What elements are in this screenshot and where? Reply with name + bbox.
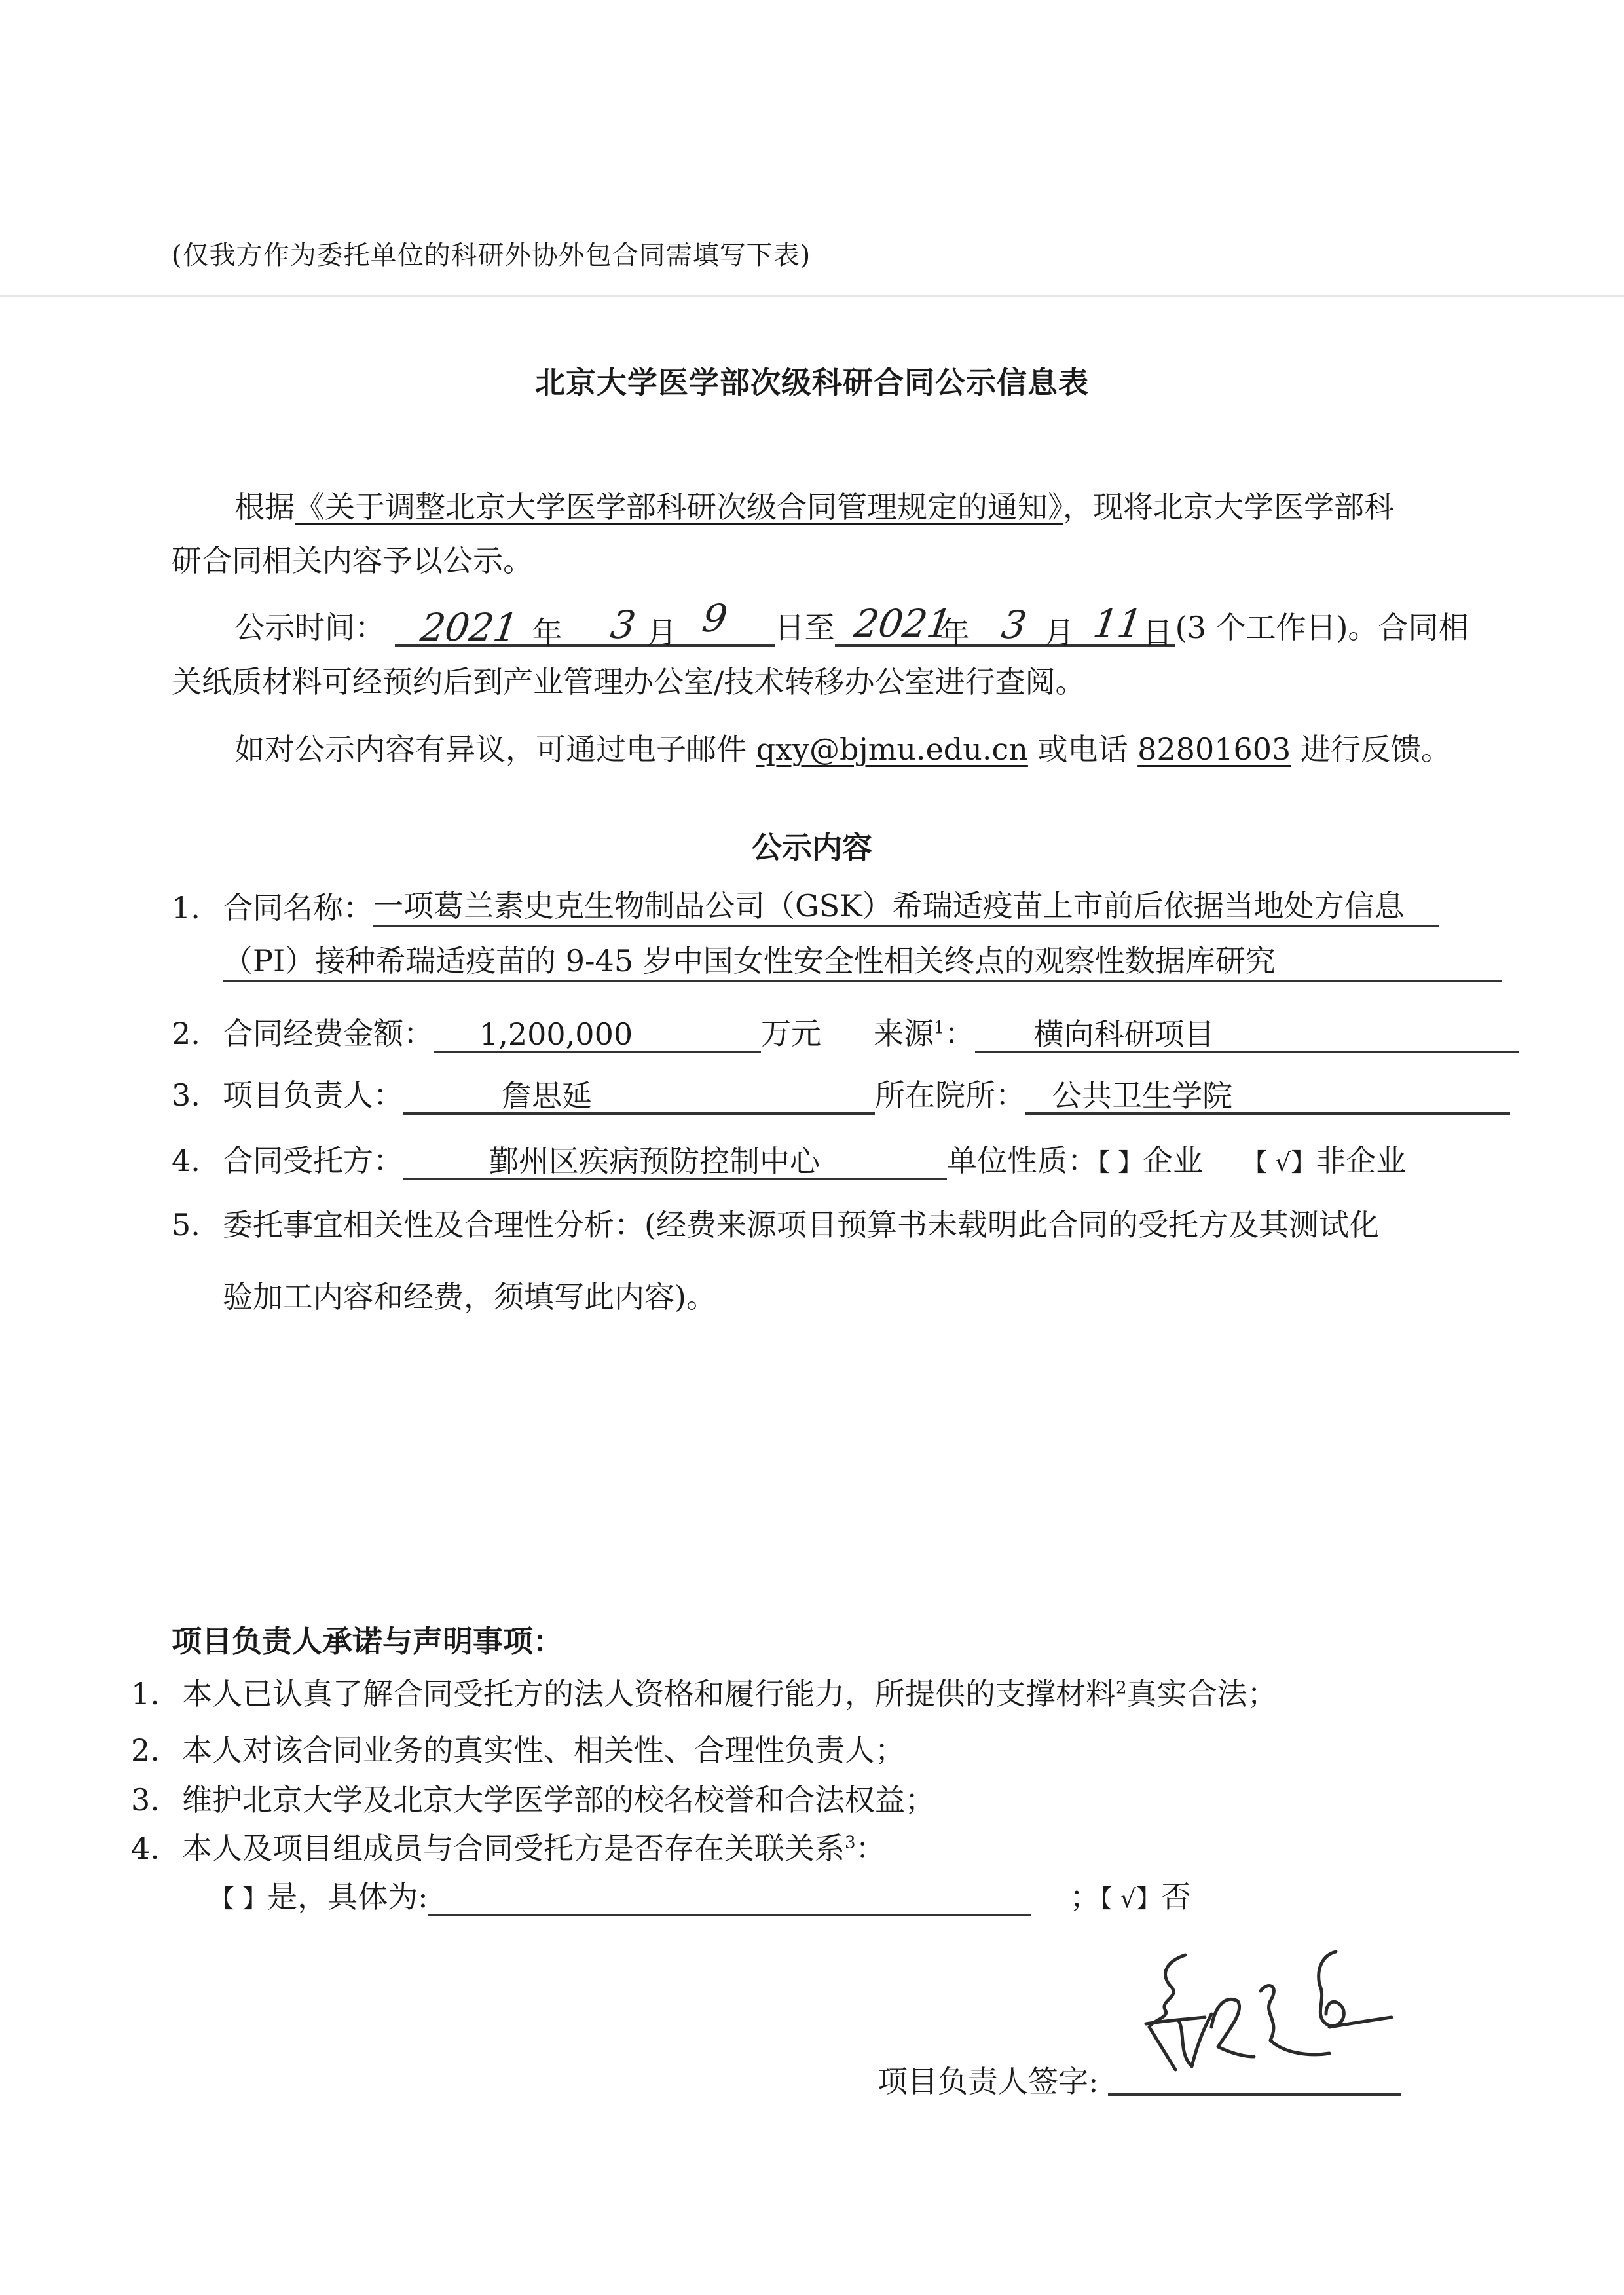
contact-line: 如对公示内容有异议，可通过电子邮件 qxy@bjmu.edu.cn 或电话 82… (234, 726, 1451, 769)
item-number: 1. (131, 1676, 182, 1711)
start-day: 9 (699, 596, 729, 641)
scan-divider (0, 295, 1624, 297)
month-label: 月 (647, 609, 677, 652)
analysis-text-2: 验加工内容和经费，须填写此内容)。 (223, 1273, 716, 1316)
relation-yes-label: 是，具体为: (267, 1879, 428, 1914)
period-start-field[interactable]: 2021 年 3 月 9 (395, 608, 775, 647)
regulation-link[interactable]: 《关于调整北京大学医学部科研次级合同管理规定的通知》 (295, 489, 1063, 525)
commitment-3: 3.维护北京大学及北京大学医学部的校名校誉和合法权益； (131, 1776, 935, 1819)
amount-unit: 万元 (761, 1016, 821, 1051)
end-month-label: 月 (1044, 609, 1075, 652)
item-number: 1. (172, 890, 223, 925)
contact-prefix: 如对公示内容有异议，可通过电子邮件 (234, 732, 756, 767)
item-contract-name: 1.合同名称：一项葛兰素史克生物制品公司（GSK）希瑞适疫苗上市前后依据当地处方… (172, 884, 1439, 927)
item-number: 3. (172, 1077, 223, 1113)
commitment-text: 本人及项目组成员与合同受托方是否存在关联关系 (182, 1831, 845, 1866)
commitment-text: 本人已认真了解合同受托方的法人资格和履行能力，所提供的支撑材料 (182, 1676, 1116, 1711)
contact-email-link[interactable]: qxy@bjmu.edu.cn (756, 732, 1028, 767)
item-analysis: 5.委托事宜相关性及合理性分析：(经费来源项目预算书未载明此合同的受托方及其测试… (172, 1201, 1379, 1244)
footnote-3: 3 (845, 1833, 856, 1853)
relation-row: 【 】是，具体为:；【 √】否 (210, 1873, 1191, 1916)
footnote-1: 1 (934, 1018, 945, 1038)
end-year-label: 年 (940, 609, 970, 652)
handwritten-signature (1139, 1949, 1401, 2086)
item-pi: 3.项目负责人：詹思延所在院所：公共卫生学院 (172, 1072, 1510, 1115)
commitment-text: 本人对该合同业务的真实性、相关性、合理性负责人； (182, 1732, 905, 1768)
nature-label: 单位性质： (947, 1143, 1098, 1178)
source-label: 来源 (874, 1016, 934, 1051)
end-month: 3 (999, 603, 1029, 647)
enterprise-label: 企业 (1143, 1143, 1203, 1178)
period-line-1: 公示时间： 2021 年 3 月 9 日至 2021 年 3 月 11 日 (3… (234, 604, 1468, 647)
intro-line-2: 研合同相关内容予以公示。 (172, 537, 533, 580)
commitment-text: 维护北京大学及北京大学医学部的校名校誉和合法权益； (182, 1782, 935, 1818)
pi-field[interactable]: 詹思延 (403, 1077, 875, 1115)
relation-no-checkbox[interactable]: 【 √】 (1100, 1884, 1161, 1913)
end-day-label: 日 (1143, 609, 1173, 652)
item-number: 5. (172, 1207, 223, 1242)
relation-no-label: 否 (1161, 1879, 1191, 1914)
analysis-text-1: 委托事宜相关性及合理性分析：(经费来源项目预算书未载明此合同的受托方及其测试化 (223, 1207, 1379, 1242)
amount-label: 合同经费金额： (223, 1016, 434, 1051)
contract-name-field-2[interactable]: （PI）接种希瑞适疫苗的 9-45 岁中国女性安全性相关终点的观察性数据库研究 (223, 942, 1502, 982)
non-enterprise-checkbox[interactable]: 【 √】 (1242, 1148, 1316, 1177)
end-day: 11 (1090, 601, 1145, 646)
non-enterprise-label: 非企业 (1316, 1143, 1406, 1178)
page-title: 北京大学医学部次级科研合同公示信息表 (0, 359, 1624, 402)
commitment-4: 4.本人及项目组成员与合同受托方是否存在关联关系3： (131, 1825, 886, 1868)
item-number: 4. (131, 1831, 182, 1866)
end-year: 2021 (851, 601, 954, 646)
source-field[interactable]: 横向科研项目 (975, 1015, 1519, 1053)
item-trustee: 4.合同受托方：鄞州区疾病预防控制中心单位性质：【 】企业【 √】非企业 (172, 1137, 1406, 1180)
contract-name-field-1[interactable]: 一项葛兰素史克生物制品公司（GSK）希瑞适疫苗上市前后依据当地处方信息 (373, 887, 1439, 927)
intro-suffix: ，现将北京大学医学部科 (1063, 489, 1394, 525)
period-duration: (3 个工作日)。合同相 (1175, 610, 1469, 645)
commitment-1: 1.本人已认真了解合同受托方的法人资格和履行能力，所提供的支撑材料2真实合法； (131, 1670, 1278, 1713)
section-title: 公示内容 (0, 824, 1624, 867)
period-line-2: 关纸质材料可经预约后到产业管理办公室/技术转移办公室进行查阅。 (172, 658, 1086, 701)
dept-label: 所在院所： (875, 1077, 1025, 1113)
intro-prefix: 根据 (234, 489, 295, 525)
footnote-2: 2 (1116, 1679, 1127, 1698)
start-month: 3 (608, 603, 638, 647)
item-number: 2. (172, 1016, 223, 1051)
relation-sep: ； (1070, 1879, 1100, 1914)
header-note: (仅我方作为委托单位的科研外协外包合同需填写下表) (172, 234, 811, 272)
item-contract-name-cont: （PI）接种希瑞适疫苗的 9-45 岁中国女性安全性相关终点的观察性数据库研究 (223, 942, 1502, 982)
commitment-tail: 真实合法； (1127, 1676, 1278, 1711)
intro-line-1: 根据《关于调整北京大学医学部科研次级合同管理规定的通知》，现将北京大学医学部科 (234, 483, 1394, 527)
signature-line[interactable] (1108, 2093, 1401, 2096)
start-year: 2021 (418, 605, 521, 650)
item-number: 4. (172, 1143, 223, 1178)
commitment-2: 2.本人对该合同业务的真实性、相关性、合理性负责人； (131, 1726, 905, 1770)
trustee-field[interactable]: 鄞州区疾病预防控制中心 (403, 1142, 947, 1180)
year-label: 年 (532, 609, 563, 652)
source-colon: ： (945, 1016, 975, 1051)
contact-suffix: 进行反馈。 (1291, 732, 1451, 767)
relation-detail-field[interactable] (428, 1876, 1031, 1916)
amount-field[interactable]: 1,200,000 (434, 1015, 761, 1053)
period-label: 公示时间： (234, 610, 385, 645)
dept-field[interactable]: 公共卫生学院 (1025, 1077, 1510, 1115)
relation-yes-checkbox[interactable]: 【 】 (210, 1884, 267, 1913)
contract-name-label: 合同名称： (223, 890, 373, 925)
contact-phone[interactable]: 82801603 (1137, 732, 1291, 767)
item-number: 2. (131, 1732, 182, 1768)
analysis-input-area[interactable] (223, 1323, 1500, 1585)
item-amount: 2.合同经费金额：1,200,000万元来源1：横向科研项目 (172, 1010, 1519, 1053)
pi-label: 项目负责人： (223, 1077, 403, 1113)
item-number: 3. (131, 1782, 182, 1818)
enterprise-checkbox[interactable]: 【 】 (1098, 1148, 1143, 1177)
trustee-label: 合同受托方： (223, 1143, 403, 1178)
commitment-tail: ： (856, 1831, 886, 1866)
signature-label: 项目负责人签字: (877, 2058, 1099, 2101)
contact-middle: 或电话 (1028, 732, 1137, 767)
commitments-title: 项目负责人承诺与声明事项： (172, 1618, 563, 1661)
day-to-label: 日至 (775, 610, 835, 645)
period-end-field[interactable]: 2021 年 3 月 11 日 (835, 608, 1175, 647)
